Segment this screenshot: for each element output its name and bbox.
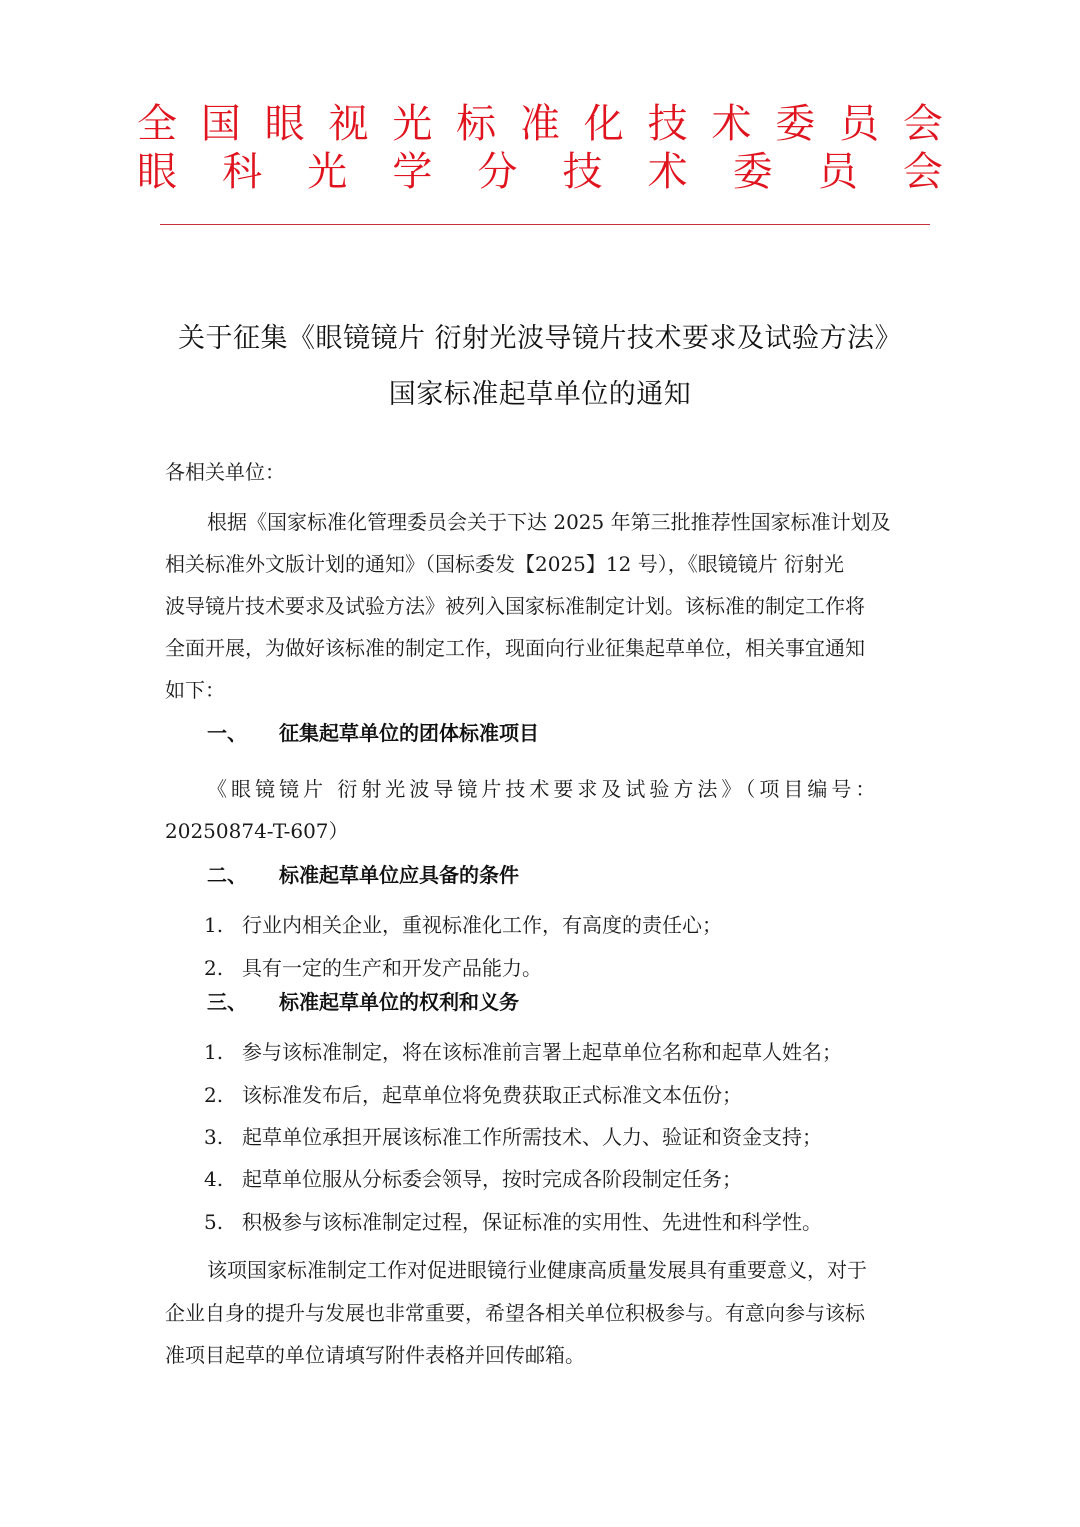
salutation: 各相关单位： — [165, 458, 925, 486]
letterhead-char: 标 — [456, 102, 496, 146]
letterhead-char: 学 — [392, 150, 432, 194]
letterhead-char: 会 — [903, 150, 943, 194]
list-item: 1.行业内相关企业，重视标准化工作，有高度的责任心； — [204, 911, 722, 939]
section-number: 二、 — [207, 861, 279, 889]
letterhead-char: 视 — [328, 102, 368, 146]
section-heading-2: 二、标准起草单位应具备的条件 — [207, 861, 519, 889]
list-text: 该标准发布后，起草单位将免费获取正式标准文本伍份； — [242, 1083, 742, 1107]
document-title-line-2: 国家标准起草单位的通知 — [0, 372, 1080, 411]
letterhead-char: 分 — [477, 150, 517, 194]
list-number: 2. — [204, 954, 242, 982]
intro-line: 如下： — [165, 676, 925, 704]
letterhead-divider — [160, 224, 930, 225]
letterhead-char: 眼 — [265, 102, 305, 146]
letterhead-char: 员 — [818, 150, 858, 194]
section-number: 三、 — [207, 988, 279, 1016]
closing-line: 准项目起草的单位请填写附件表格并回传邮箱。 — [165, 1341, 925, 1369]
letterhead-char: 技 — [563, 150, 603, 194]
list-number: 4. — [204, 1165, 242, 1193]
letterhead-char: 化 — [584, 102, 624, 146]
letterhead-char: 会 — [903, 102, 943, 146]
letterhead-char: 员 — [839, 102, 879, 146]
list-item: 3.起草单位承担开展该标准工作所需技术、人力、验证和资金支持； — [204, 1123, 822, 1151]
section-title: 征集起草单位的团体标准项目 — [279, 721, 539, 745]
letterhead-char: 术 — [648, 150, 688, 194]
list-text: 起草单位承担开展该标准工作所需技术、人力、验证和资金支持； — [242, 1125, 822, 1149]
section-1-body: 《眼镜镜片 衍射光波导镜片技术要求及试验方法》（项目编号： — [207, 775, 967, 803]
list-item: 1.参与该标准制定，将在该标准前言署上起草单位名称和起草人姓名； — [204, 1038, 842, 1066]
letterhead-char: 光 — [392, 102, 432, 146]
document-title-line-1: 关于征集《眼镜镜片 衍射光波导镜片技术要求及试验方法》 — [0, 316, 1080, 355]
closing-line: 该项国家标准制定工作对促进眼镜行业健康高质量发展具有重要意义，对于 — [207, 1256, 967, 1284]
letterhead-char: 委 — [775, 102, 815, 146]
section-number: 一、 — [207, 719, 279, 747]
list-text: 具有一定的生产和开发产品能力。 — [242, 956, 542, 980]
list-text: 参与该标准制定，将在该标准前言署上起草单位名称和起草人姓名； — [242, 1040, 842, 1064]
letterhead-char: 全 — [137, 102, 177, 146]
list-number: 2. — [204, 1081, 242, 1109]
letterhead-char: 光 — [307, 150, 347, 194]
intro-line: 根据《国家标准化管理委员会关于下达 2025 年第三批推荐性国家标准计划及 — [207, 508, 967, 536]
section-heading-3: 三、标准起草单位的权利和义务 — [207, 988, 519, 1016]
letterhead-char: 术 — [711, 102, 751, 146]
list-number: 3. — [204, 1123, 242, 1151]
list-item: 2.具有一定的生产和开发产品能力。 — [204, 954, 542, 982]
section-title: 标准起草单位应具备的条件 — [279, 863, 519, 887]
letterhead-line-2: 眼 科 光 学 分 技 术 委 员 会 — [137, 150, 943, 194]
section-1-body: 20250874-T-607） — [165, 817, 925, 845]
letterhead-char: 眼 — [137, 150, 177, 194]
intro-line: 相关标准外文版计划的通知》（国标委发【2025】12 号），《眼镜镜片 衍射光 — [165, 550, 925, 578]
intro-line: 全面开展，为做好该标准的制定工作，现面向行业征集起草单位，相关事宜通知 — [165, 634, 925, 662]
letterhead-char: 国 — [201, 102, 241, 146]
list-text: 积极参与该标准制定过程，保证标准的实用性、先进性和科学性。 — [242, 1210, 822, 1234]
list-text: 行业内相关企业，重视标准化工作，有高度的责任心； — [242, 913, 722, 937]
letterhead-char: 委 — [733, 150, 773, 194]
section-heading-1: 一、征集起草单位的团体标准项目 — [207, 719, 539, 747]
letterhead-char: 准 — [520, 102, 560, 146]
list-item: 2.该标准发布后，起草单位将免费获取正式标准文本伍份； — [204, 1081, 742, 1109]
section-title: 标准起草单位的权利和义务 — [279, 990, 519, 1014]
list-item: 5.积极参与该标准制定过程，保证标准的实用性、先进性和科学性。 — [204, 1208, 822, 1236]
letterhead-char: 技 — [648, 102, 688, 146]
intro-line: 波导镜片技术要求及试验方法》被列入国家标准制定计划。该标准的制定工作将 — [165, 592, 925, 620]
closing-line: 企业自身的提升与发展也非常重要，希望各相关单位积极参与。有意向参与该标 — [165, 1299, 925, 1327]
letterhead-char: 科 — [222, 150, 262, 194]
list-number: 1. — [204, 1038, 242, 1066]
list-number: 1. — [204, 911, 242, 939]
list-text: 起草单位服从分标委会领导，按时完成各阶段制定任务； — [242, 1167, 742, 1191]
list-number: 5. — [204, 1208, 242, 1236]
letterhead-line-1: 全 国 眼 视 光 标 准 化 技 术 委 员 会 — [137, 102, 943, 146]
list-item: 4.起草单位服从分标委会领导，按时完成各阶段制定任务； — [204, 1165, 742, 1193]
